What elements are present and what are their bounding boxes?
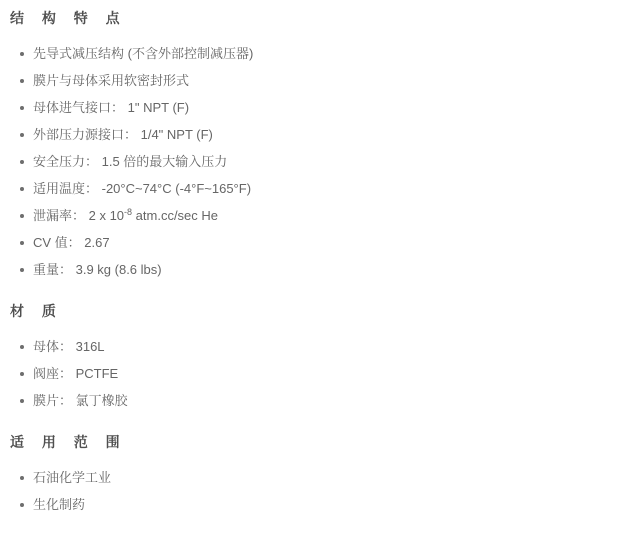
- list-item-text: 生化制药: [33, 497, 85, 512]
- list-item-text: 安全压力： 1.5 倍的最大输入压力: [33, 154, 227, 169]
- list-item: 阀座： PCTFE: [10, 367, 599, 381]
- bullet-icon: [20, 214, 24, 218]
- list-item: 石油化学工业: [10, 471, 599, 485]
- bullet-icon: [20, 268, 24, 272]
- list-item-text: 先导式减压结构 (不含外部控制减压器): [33, 46, 253, 61]
- list-item: 泄漏率： 2 x 10-8 atm.cc/sec He: [10, 209, 599, 223]
- list-item: 膜片： 氯丁橡胶: [10, 394, 599, 408]
- bullet-icon: [20, 133, 24, 137]
- section-heading: 适 用 范 围: [10, 434, 599, 450]
- spec-document: 结 构 特 点先导式减压结构 (不含外部控制减压器)膜片与母体采用软密封形式母体…: [0, 0, 619, 551]
- bullet-icon: [20, 106, 24, 110]
- section-heading: 结 构 特 点: [10, 10, 599, 26]
- section-heading: 材 质: [10, 303, 599, 319]
- list-item-text: 母体： 316L: [33, 339, 105, 354]
- list-item-text: 膜片与母体采用软密封形式: [33, 73, 189, 88]
- list-item: 母体： 316L: [10, 340, 599, 354]
- list-item: 母体进气接口： 1" NPT (F): [10, 101, 599, 115]
- list-item: 先导式减压结构 (不含外部控制减压器): [10, 47, 599, 61]
- list-item-text: 泄漏率： 2 x 10-8 atm.cc/sec He: [33, 208, 218, 223]
- bullet-icon: [20, 187, 24, 191]
- bullet-list: 石油化学工业生化制药: [10, 471, 599, 512]
- list-item-text: 膜片： 氯丁橡胶: [33, 393, 128, 408]
- bullet-icon: [20, 79, 24, 83]
- bullet-icon: [20, 476, 24, 480]
- list-item-text: 阀座： PCTFE: [33, 366, 118, 381]
- bullet-icon: [20, 52, 24, 56]
- superscript-exponent: -8: [124, 207, 132, 217]
- list-item-text: 适用温度： -20°C~74°C (-4°F~165°F): [33, 181, 251, 196]
- bullet-list: 先导式减压结构 (不含外部控制减压器)膜片与母体采用软密封形式母体进气接口： 1…: [10, 47, 599, 277]
- bullet-icon: [20, 345, 24, 349]
- list-item-text: 重量： 3.9 kg (8.6 lbs): [33, 262, 162, 277]
- bullet-icon: [20, 503, 24, 507]
- bullet-icon: [20, 399, 24, 403]
- list-item: 外部压力源接口： 1/4" NPT (F): [10, 128, 599, 142]
- list-item-text: 外部压力源接口： 1/4" NPT (F): [33, 127, 213, 142]
- list-item: CV 值： 2.67: [10, 236, 599, 250]
- list-item: 重量： 3.9 kg (8.6 lbs): [10, 263, 599, 277]
- bullet-icon: [20, 160, 24, 164]
- list-item: 安全压力： 1.5 倍的最大输入压力: [10, 155, 599, 169]
- list-item-text: 石油化学工业: [33, 470, 111, 485]
- list-item: 适用温度： -20°C~74°C (-4°F~165°F): [10, 182, 599, 196]
- list-item-text: CV 值： 2.67: [33, 235, 110, 250]
- list-item: 膜片与母体采用软密封形式: [10, 74, 599, 88]
- list-item: 生化制药: [10, 498, 599, 512]
- list-item-text: 母体进气接口： 1" NPT (F): [33, 100, 189, 115]
- bullet-list: 母体： 316L阀座： PCTFE膜片： 氯丁橡胶: [10, 340, 599, 408]
- bullet-icon: [20, 372, 24, 376]
- bullet-icon: [20, 241, 24, 245]
